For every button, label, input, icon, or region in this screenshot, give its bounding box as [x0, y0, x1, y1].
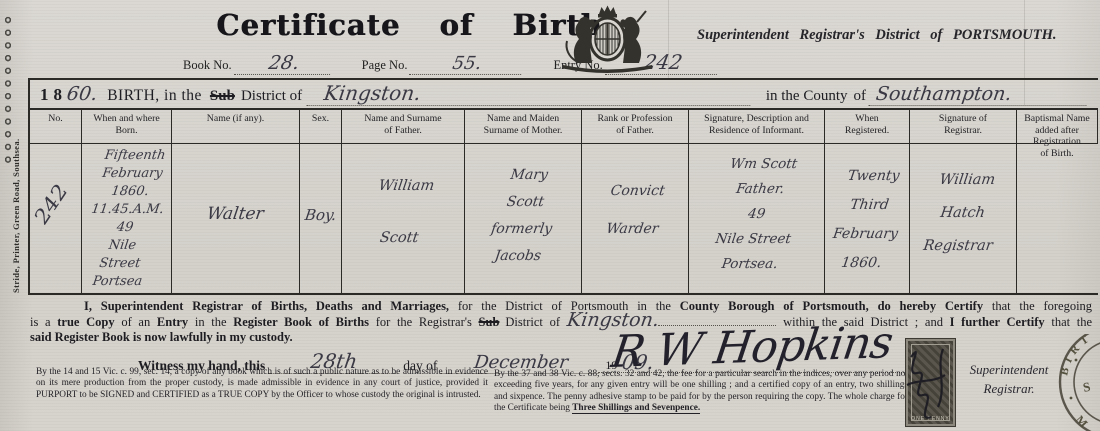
col-header-informant: Signature, Description and Residence of … — [689, 110, 825, 144]
cert-line-2: is a true Copy of an Entry in the Regist… — [30, 315, 1092, 331]
col-header-sex: Sex. — [300, 110, 342, 144]
cell-baptismal — [1017, 144, 1098, 293]
page-no-label: Page No. — [362, 58, 408, 75]
col-header-father: Name and Surname of Father. — [342, 110, 465, 144]
embossed-round-seal: BIRT S M — [1042, 334, 1100, 431]
fine-print-left: By the 14 and 15 Vic. c. 99, sec. 14, a … — [36, 367, 488, 401]
seal-arc-text: BIRT — [1058, 334, 1095, 377]
of-label: of — [854, 88, 867, 105]
entry-box: 18 60. BIRTH, in the Sub District of Kin… — [28, 78, 1098, 295]
cell-father: William Scott — [342, 144, 465, 293]
county-label: in the County — [766, 88, 848, 105]
cell-when-where-born: Fifteenth February 1860. 11.45.A.M. 49 N… — [82, 144, 172, 293]
superintendent-district-line: Superintendent Registrar's District of P… — [697, 27, 1089, 44]
col-header-baptismal: Baptismal Name added after Registration … — [1017, 110, 1098, 144]
stamp-cancellation-scribble — [899, 335, 963, 431]
district-of-label: District of — [241, 88, 302, 105]
cert-line-1: I, Superintendent Registrar of Births, D… — [30, 299, 1092, 315]
col-header-rank: Rank or Profession of Father. — [582, 110, 689, 144]
seal-lower-letter: M — [1073, 413, 1091, 431]
year-handwritten: 60. — [65, 83, 98, 105]
year-printed: 18 — [40, 85, 67, 105]
col-header-mother: Name and Maiden Surname of Mother. — [465, 110, 582, 144]
col-header-no: No. — [30, 110, 82, 144]
county-handwritten: Southampton. — [868, 83, 1089, 106]
sub-struck-word: Sub — [479, 315, 500, 329]
district-row: 18 60. BIRTH, in the Sub District of Kin… — [30, 80, 1098, 110]
seal-inner-letter: S — [1082, 379, 1092, 395]
birth-certificate-scan: Stride, Printer, Green Road, Southsea. C… — [0, 0, 1100, 431]
printer-imprint: Stride, Printer, Green Road, Southsea. — [11, 97, 21, 293]
fee-amount: Three Shillings and Sevenpence. — [572, 403, 700, 414]
cell-mother: Mary Scott formerly Jacobs — [465, 144, 582, 293]
col-header-name: Name (if any). — [172, 110, 300, 144]
cell-sex: Boy. — [300, 144, 342, 293]
fine-print-right: By the 37 and 38 Vic. c. 88, sects. 32 a… — [494, 369, 908, 414]
svg-text:BIRT: BIRT — [1058, 334, 1095, 377]
book-no-value: 28. — [234, 52, 334, 75]
royal-coat-of-arms-icon — [545, 3, 670, 77]
cell-when-registered: Twenty Third February 1860. — [825, 144, 910, 293]
sub-struck-word: Sub — [210, 88, 235, 105]
district-handwritten: Kingston. — [306, 81, 753, 106]
cell-informant: Wm Scott Father. 49 Nile Street Portsea. — [689, 144, 825, 293]
cell-registrar: William Hatch Registrar — [910, 144, 1017, 293]
page-no-value: 55. — [410, 53, 526, 75]
col-header-when-registered: When Registered. — [825, 110, 910, 144]
cell-name: Walter — [172, 144, 300, 293]
register-table: No. When and where Born. Name (if any). … — [30, 110, 1098, 293]
col-header-registrar: Signature of Registrar. — [910, 110, 1017, 144]
col-header-when-where-born: When and where Born. — [82, 110, 172, 144]
birth-in-the-label: BIRTH, in the — [107, 87, 202, 105]
cell-rank: Convict Warder — [582, 144, 689, 293]
book-no-label: Book No. — [183, 58, 232, 75]
cell-no: 242 — [30, 144, 82, 293]
